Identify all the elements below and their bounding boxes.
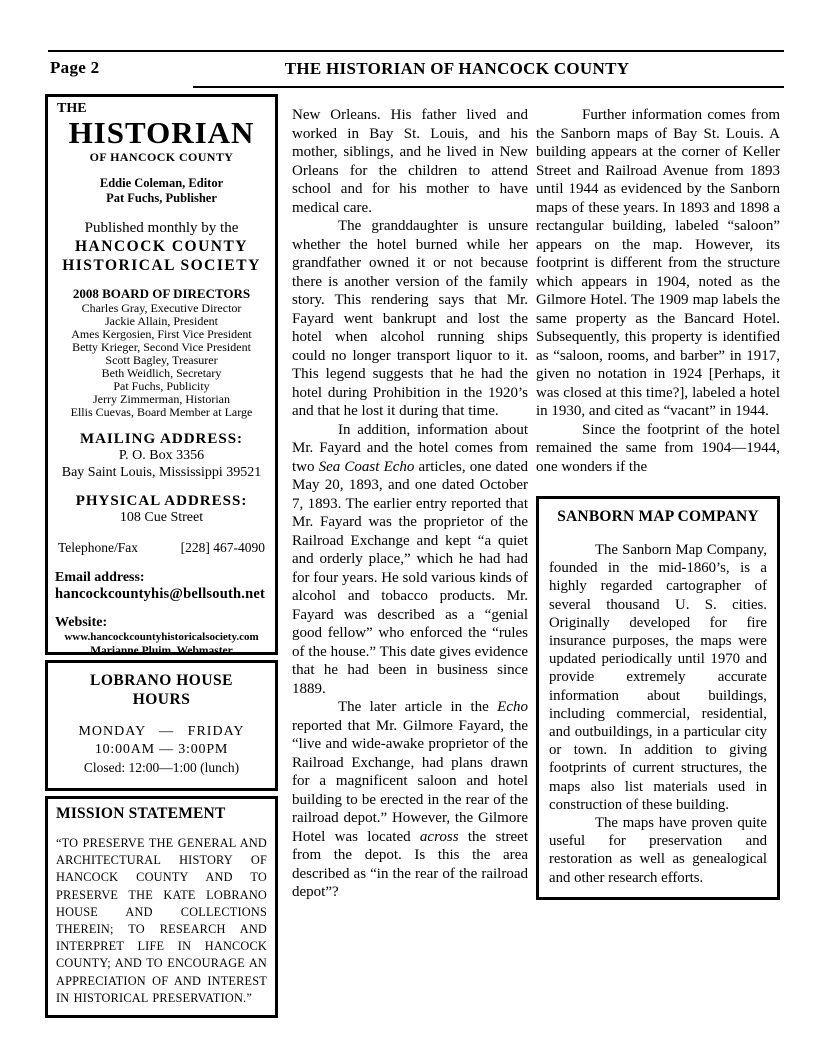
mission-body: “TO PRESERVE THE GENERAL AND ARCHITECTUR… — [56, 835, 267, 1007]
sanborn-paragraph: The Sanborn Map Company, founded in the … — [549, 541, 767, 814]
article-paragraph: Since the footprint of the hotel remaine… — [536, 421, 780, 477]
article-paragraph: The granddaughter is unsure whether the … — [292, 217, 528, 421]
lobrano-hours-box: LOBRANO HOUSE HOURS MONDAY — FRIDAY 10:0… — [45, 660, 278, 791]
email-label: Email address: — [55, 570, 268, 586]
header-top-rule — [48, 50, 784, 52]
published-line: Published monthly by the — [55, 219, 268, 237]
hours-time: 10:00AM — 3:00PM — [54, 741, 269, 759]
board-member: Ellis Cuevas, Board Member at Large — [55, 406, 268, 419]
website-url: www.hancockcountyhistoricalsociety.com — [55, 631, 268, 644]
mission-statement-box: MISSION STATEMENT “TO PRESERVE THE GENER… — [45, 796, 278, 1018]
sanborn-map-company-box: SANBORN MAP COMPANY The Sanborn Map Comp… — [536, 496, 780, 900]
mission-heading: MISSION STATEMENT — [56, 805, 267, 823]
society-name-line1: HANCOCK COUNTY — [55, 237, 268, 256]
article-paragraph: The later article in the Echo reported t… — [292, 698, 528, 902]
mailing-address-line2: Bay Saint Louis, Mississippi 39521 — [55, 465, 268, 482]
article-column-2: New Orleans. His father lived and worked… — [292, 106, 528, 902]
website-label: Website: — [55, 615, 268, 631]
sanborn-heading: SANBORN MAP COMPANY — [549, 507, 767, 527]
board-heading: 2008 BOARD OF DIRECTORS — [55, 286, 268, 302]
article-paragraph: In addition, information about Mr. Fayar… — [292, 421, 528, 699]
hours-heading-line1: LOBRANO HOUSE — [54, 671, 269, 690]
masthead-the-label: THE — [57, 102, 268, 116]
phone-label: Telephone/Fax — [58, 540, 138, 556]
hours-days: MONDAY — FRIDAY — [54, 723, 269, 741]
masthead-subtitle: OF HANCOCK COUNTY — [55, 150, 268, 165]
website-block: Website: www.hancockcountyhistoricalsoci… — [55, 615, 268, 656]
publisher-credit: Pat Fuchs, Publisher — [55, 191, 268, 206]
mailing-address-heading: MAILING ADDRESS: — [55, 431, 268, 448]
page-number-label: Page 2 — [50, 58, 99, 78]
editor-credit: Eddie Coleman, Editor — [55, 176, 268, 191]
masthead-title: HISTORIAN — [55, 116, 268, 149]
article-paragraph: New Orleans. His father lived and worked… — [292, 106, 528, 217]
board-members-list: Charles Gray, Executive Director Jackie … — [55, 302, 268, 419]
phone-row: Telephone/Fax [228] 467-4090 — [55, 540, 268, 556]
newsletter-page: { "header": { "page_label": "Page 2", "t… — [0, 0, 816, 1056]
webmaster-credit: Marianne Pluim, Webmaster — [55, 644, 268, 656]
physical-address-line1: 108 Cue Street — [55, 510, 268, 527]
hours-heading-line2: HOURS — [54, 690, 269, 709]
header-bottom-rule — [193, 86, 784, 88]
society-name-line2: HISTORICAL SOCIETY — [55, 256, 268, 275]
article-paragraph: Further information comes from the Sanbo… — [536, 106, 780, 421]
phone-value: [228] 467-4090 — [181, 540, 265, 556]
sanborn-paragraph: The maps have proven quite useful for pr… — [549, 814, 767, 887]
email-block: Email address: hancockcountyhis@bellsout… — [55, 570, 268, 603]
masthead-box: THE HISTORIAN OF HANCOCK COUNTY Eddie Co… — [45, 94, 278, 655]
hours-closed-note: Closed: 12:00—1:00 (lunch) — [54, 759, 269, 777]
email-value: hancockcountyhis@bellsouth.net — [55, 586, 268, 603]
masthead-credits: Eddie Coleman, Editor Pat Fuchs, Publish… — [55, 176, 268, 206]
mailing-address-line1: P. O. Box 3356 — [55, 448, 268, 465]
article-column-3: Further information comes from the Sanbo… — [536, 106, 780, 900]
physical-address-heading: PHYSICAL ADDRESS: — [55, 493, 268, 510]
page-title: THE HISTORIAN OF HANCOCK COUNTY — [130, 59, 784, 79]
sanborn-body: The Sanborn Map Company, founded in the … — [549, 541, 767, 887]
left-column: THE HISTORIAN OF HANCOCK COUNTY Eddie Co… — [45, 94, 278, 1018]
